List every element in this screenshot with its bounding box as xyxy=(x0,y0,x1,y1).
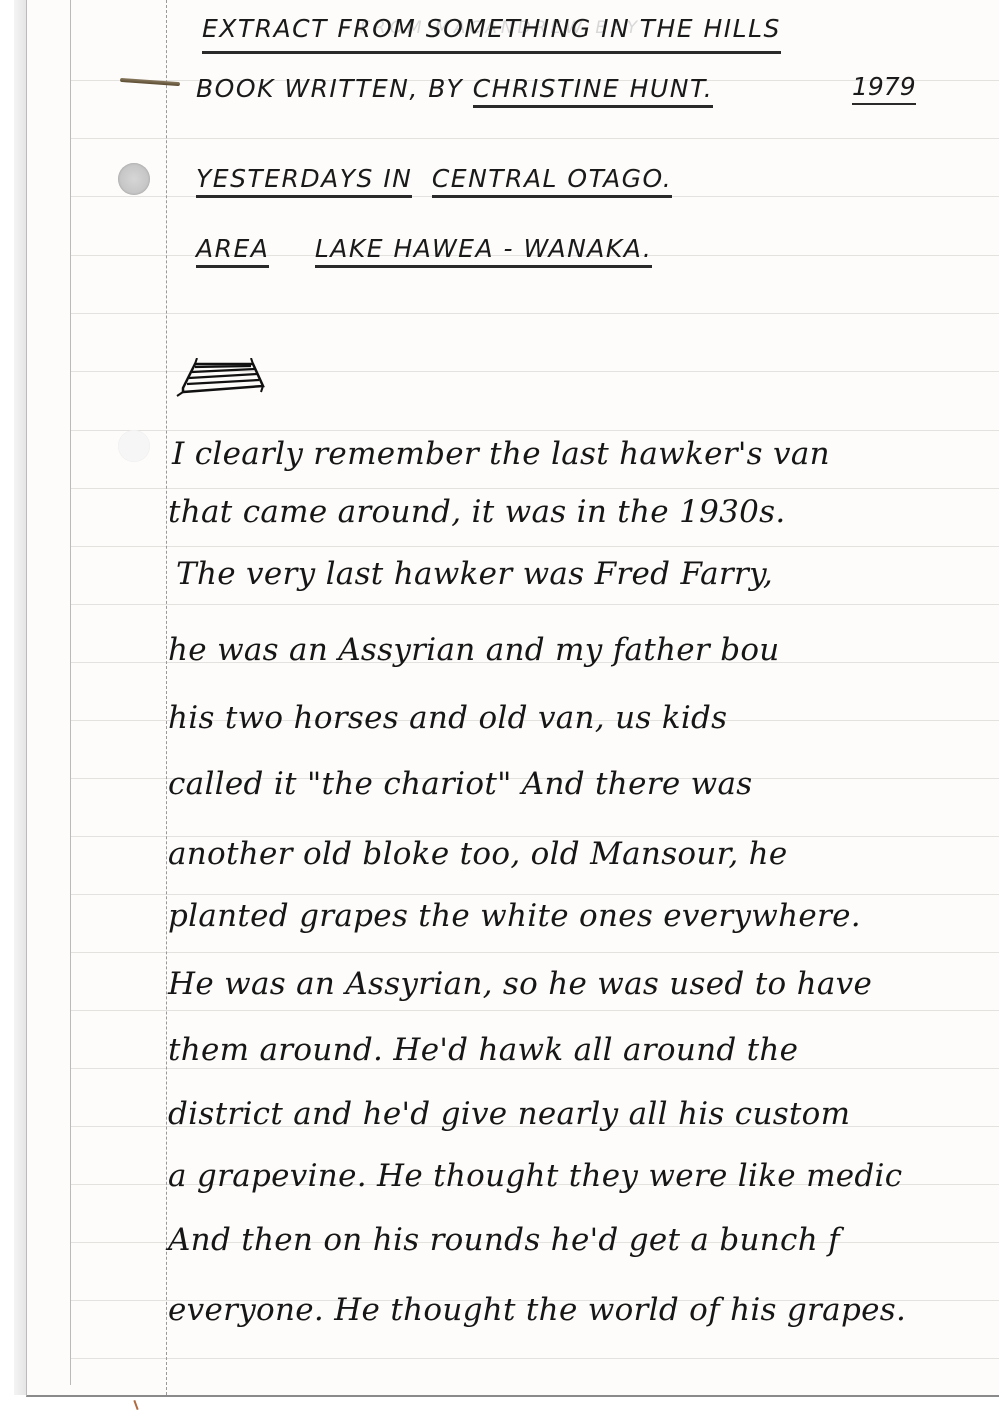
heading-yesterdays-in: YESTERDAYS IN xyxy=(196,164,412,198)
heading-area-label: AREA xyxy=(196,234,269,268)
heading-area-line: AREA LAKE HAWEA - WANAKA. xyxy=(196,234,652,268)
heading-author-name: CHRISTINE HUNT. xyxy=(473,74,714,108)
body-line: that came around, it was in the 1930s. xyxy=(168,494,786,530)
body-line: I clearly remember the last hawker's van xyxy=(172,436,830,472)
body-line: planted grapes the white ones everywhere… xyxy=(168,898,861,934)
body-line: The very last hawker was Fred Farry, xyxy=(176,556,773,592)
punch-hole-faint xyxy=(118,430,150,462)
body-line: He was an Assyrian, so he was used to ha… xyxy=(168,966,872,1002)
ruled-line xyxy=(71,488,999,489)
stray-mark xyxy=(133,1400,138,1410)
ruled-line xyxy=(71,1068,999,1069)
heading-book-title-line: YESTERDAYS IN CENTRAL OTAGO. xyxy=(196,164,672,198)
heading-region: CENTRAL OTAGO. xyxy=(432,164,672,198)
margin-line xyxy=(166,0,167,1395)
heading-author-line: BOOK WRITTEN, BY CHRISTINE HUNT. xyxy=(196,74,713,108)
body-line: district and he'd give nearly all his cu… xyxy=(168,1096,850,1132)
body-line: he was an Assyrian and my father bou xyxy=(168,632,780,668)
ruled-line xyxy=(71,1358,999,1359)
ruled-line xyxy=(71,313,999,314)
sheet-edge xyxy=(70,0,71,1385)
ruled-line xyxy=(71,1010,999,1011)
ruled-line xyxy=(71,604,999,605)
heading-book-written-by: BOOK WRITTEN, BY xyxy=(196,74,463,103)
ruled-line xyxy=(71,952,999,953)
body-line: a grapevine. He thought they were like m… xyxy=(168,1158,902,1194)
body-line: And then on his rounds he'd get a bunch … xyxy=(168,1222,840,1258)
body-line: his two horses and old van, us kids xyxy=(168,700,727,736)
sketch-doodle-icon xyxy=(173,358,265,398)
body-line: them around. He'd hawk all around the xyxy=(168,1032,798,1068)
ruled-line xyxy=(71,138,999,139)
ruled-line xyxy=(71,894,999,895)
punch-hole xyxy=(118,163,150,195)
heading-year: 1979 xyxy=(852,72,916,105)
body-line: everyone. He thought the world of his gr… xyxy=(168,1292,906,1328)
heading-area-value: LAKE HAWEA - WANAKA. xyxy=(315,234,652,268)
ruled-line xyxy=(71,546,999,547)
heading-title-text: EXTRACT FROM SOMETHING IN THE HILLS xyxy=(202,14,781,54)
heading-title: EXTRACT FROM SOMETHING IN THE HILLS xyxy=(202,14,781,54)
body-line: called it "the chariot" And there was xyxy=(168,766,752,802)
ruled-line xyxy=(71,430,999,431)
body-line: another old bloke too, old Mansour, he xyxy=(168,836,788,872)
